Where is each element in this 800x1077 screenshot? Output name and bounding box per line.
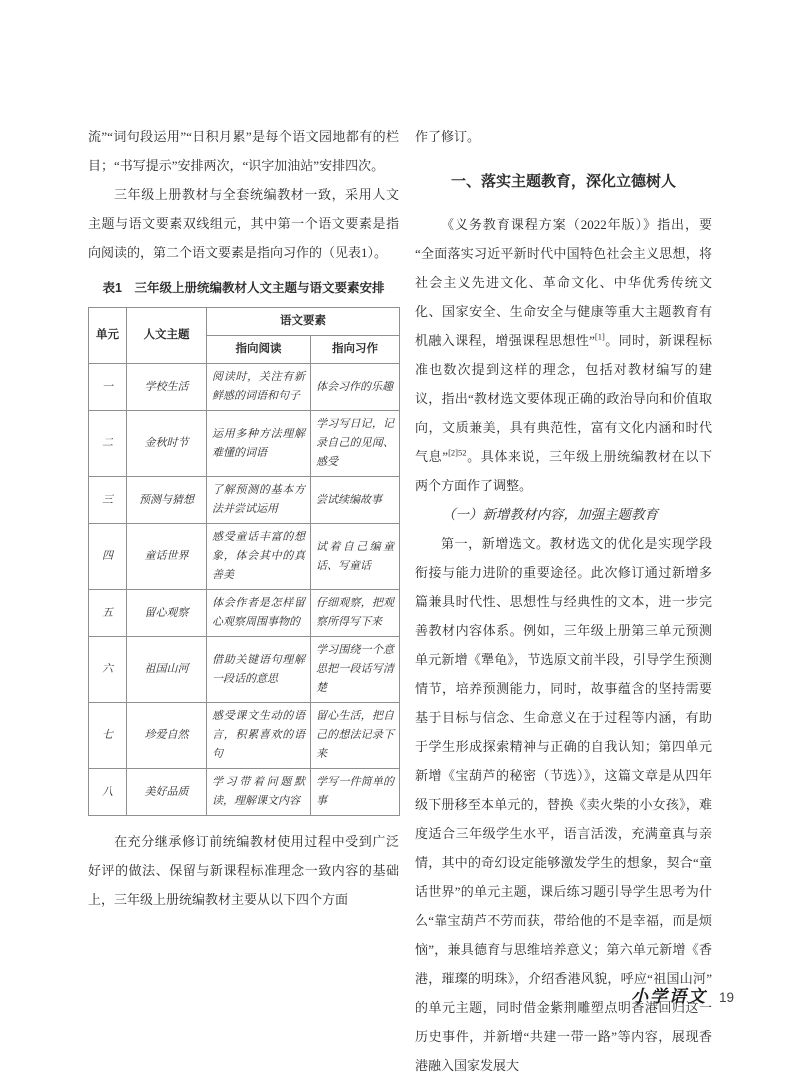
table-caption: 表1 三年级上册统编教材人文主题与语文要素安排	[88, 278, 399, 298]
cell-unit: 一	[89, 364, 127, 411]
table-row: 一 学校生活 阅读时，关注有新鲜感的词语和句子 体会习作的乐趣	[89, 364, 400, 411]
cell-reading: 阅读时，关注有新鲜感的词语和句子	[207, 364, 311, 411]
cell-reading: 体会作者是怎样留心观察周围事物的	[207, 590, 311, 637]
cell-unit: 三	[89, 477, 127, 524]
cell-theme: 童话世界	[127, 524, 207, 590]
table-row: 六 祖国山河 借助关键语句理解一段话的意思 学习围绕一个意思把一段话写清楚	[89, 637, 400, 703]
article-page: 流”“词句段运用”“日积月累”是每个语文园地都有的栏目；“书写提示”安排两次，“…	[88, 122, 712, 1077]
paragraph-segment: 《义务教育课程方案（2022年版）》指出，要“全面落实习近平新时代中国特色社会主…	[415, 217, 712, 348]
cell-unit: 七	[89, 703, 127, 769]
cell-unit: 二	[89, 411, 127, 477]
header-theme: 人文主题	[127, 308, 207, 364]
right-column: 作了修订。 一、落实主题教育，深化立德树人 《义务教育课程方案（2022年版）》…	[415, 122, 712, 1077]
cell-reading: 感受课文生动的语言，积累喜欢的语句	[207, 703, 311, 769]
cell-theme: 预测与猜想	[127, 477, 207, 524]
cell-unit: 六	[89, 637, 127, 703]
cell-writing: 试着自己编童话、写童话	[311, 524, 400, 590]
table-header: 单元 人文主题 语文要素 指向阅读 指向习作	[89, 308, 400, 364]
cell-writing: 尝试续编故事	[311, 477, 400, 524]
cell-theme: 祖国山河	[127, 637, 207, 703]
table-row: 八 美好品质 学习带着问题默读，理解课文内容 学写一件简单的事	[89, 769, 400, 816]
cell-writing: 学习写日记，记录自己的见闻、感受	[311, 411, 400, 477]
cell-theme: 美好品质	[127, 769, 207, 816]
journal-logo: 小学语文	[631, 982, 707, 1007]
cell-writing: 学习围绕一个意思把一段话写清楚	[311, 637, 400, 703]
cell-reading: 学习带着问题默读，理解课文内容	[207, 769, 311, 816]
cell-writing: 体会习作的乐趣	[311, 364, 400, 411]
cell-reading: 借助关键语句理解一段话的意思	[207, 637, 311, 703]
cell-writing: 留心生活，把自己的想法记录下来	[311, 703, 400, 769]
left-paragraph-2: 三年级上册教材与全套统编教材一致，采用人文主题与语文要素双线组元，其中第一个语文…	[88, 180, 399, 267]
cell-reading: 感受童话丰富的想象，体会其中的真善美	[207, 524, 311, 590]
cell-reading: 运用多种方法理解难懂的词语	[207, 411, 311, 477]
cell-theme: 留心观察	[127, 590, 207, 637]
cell-theme: 珍爱自然	[127, 703, 207, 769]
cell-writing: 学写一件简单的事	[311, 769, 400, 816]
subsection-heading: （一）新增教材内容，加强主题教育	[415, 500, 712, 529]
left-paragraph-1: 流”“词句段运用”“日积月累”是每个语文园地都有的栏目；“书写提示”安排两次，“…	[88, 122, 399, 180]
section-heading: 一、落实主题教育，深化立德树人	[415, 168, 712, 197]
cell-unit: 五	[89, 590, 127, 637]
table-row: 七 珍爱自然 感受课文生动的语言，积累喜欢的语句 留心生活，把自己的想法记录下来	[89, 703, 400, 769]
table-row: 三 预测与猜想 了解预测的基本方法并尝试运用 尝试续编故事	[89, 477, 400, 524]
cell-reading: 了解预测的基本方法并尝试运用	[207, 477, 311, 524]
header-writing: 指向习作	[311, 336, 400, 364]
header-reading: 指向阅读	[207, 336, 311, 364]
table-row: 四 童话世界 感受童话丰富的想象，体会其中的真善美 试着自己编童话、写童话	[89, 524, 400, 590]
citation-ref-2: [2]52	[448, 448, 466, 458]
citation-ref-1: [1]	[595, 332, 605, 342]
header-unit: 单元	[89, 308, 127, 364]
cell-unit: 四	[89, 524, 127, 590]
right-paragraph-1: 《义务教育课程方案（2022年版）》指出，要“全面落实习近平新时代中国特色社会主…	[415, 210, 712, 500]
themes-elements-table: 单元 人文主题 语文要素 指向阅读 指向习作 一 学校生活 阅读时，关注有新鲜感…	[88, 307, 400, 816]
left-column: 流”“词句段运用”“日积月累”是每个语文园地都有的栏目；“书写提示”安排两次，“…	[88, 122, 399, 1077]
paragraph-segment: 。同时，新课程标准也数次提到这样的理念，包括对教材编写的建议，指出“教材选文要体…	[415, 333, 712, 464]
left-paragraph-3: 在充分继承修订前统编教材使用过程中受到广泛好评的做法、保留与新课程标准理念一致内…	[88, 827, 399, 914]
page-footer: 小学语文 19	[631, 982, 734, 1007]
table-row: 二 金秋时节 运用多种方法理解难懂的词语 学习写日记，记录自己的见闻、感受	[89, 411, 400, 477]
cell-writing: 仔细观察，把观察所得写下来	[311, 590, 400, 637]
right-paragraph-0: 作了修订。	[415, 122, 712, 151]
cell-unit: 八	[89, 769, 127, 816]
page-number: 19	[719, 990, 734, 1005]
cell-theme: 金秋时节	[127, 411, 207, 477]
table-row: 五 留心观察 体会作者是怎样留心观察周围事物的 仔细观察，把观察所得写下来	[89, 590, 400, 637]
cell-theme: 学校生活	[127, 364, 207, 411]
header-elements-group: 语文要素	[207, 308, 400, 336]
